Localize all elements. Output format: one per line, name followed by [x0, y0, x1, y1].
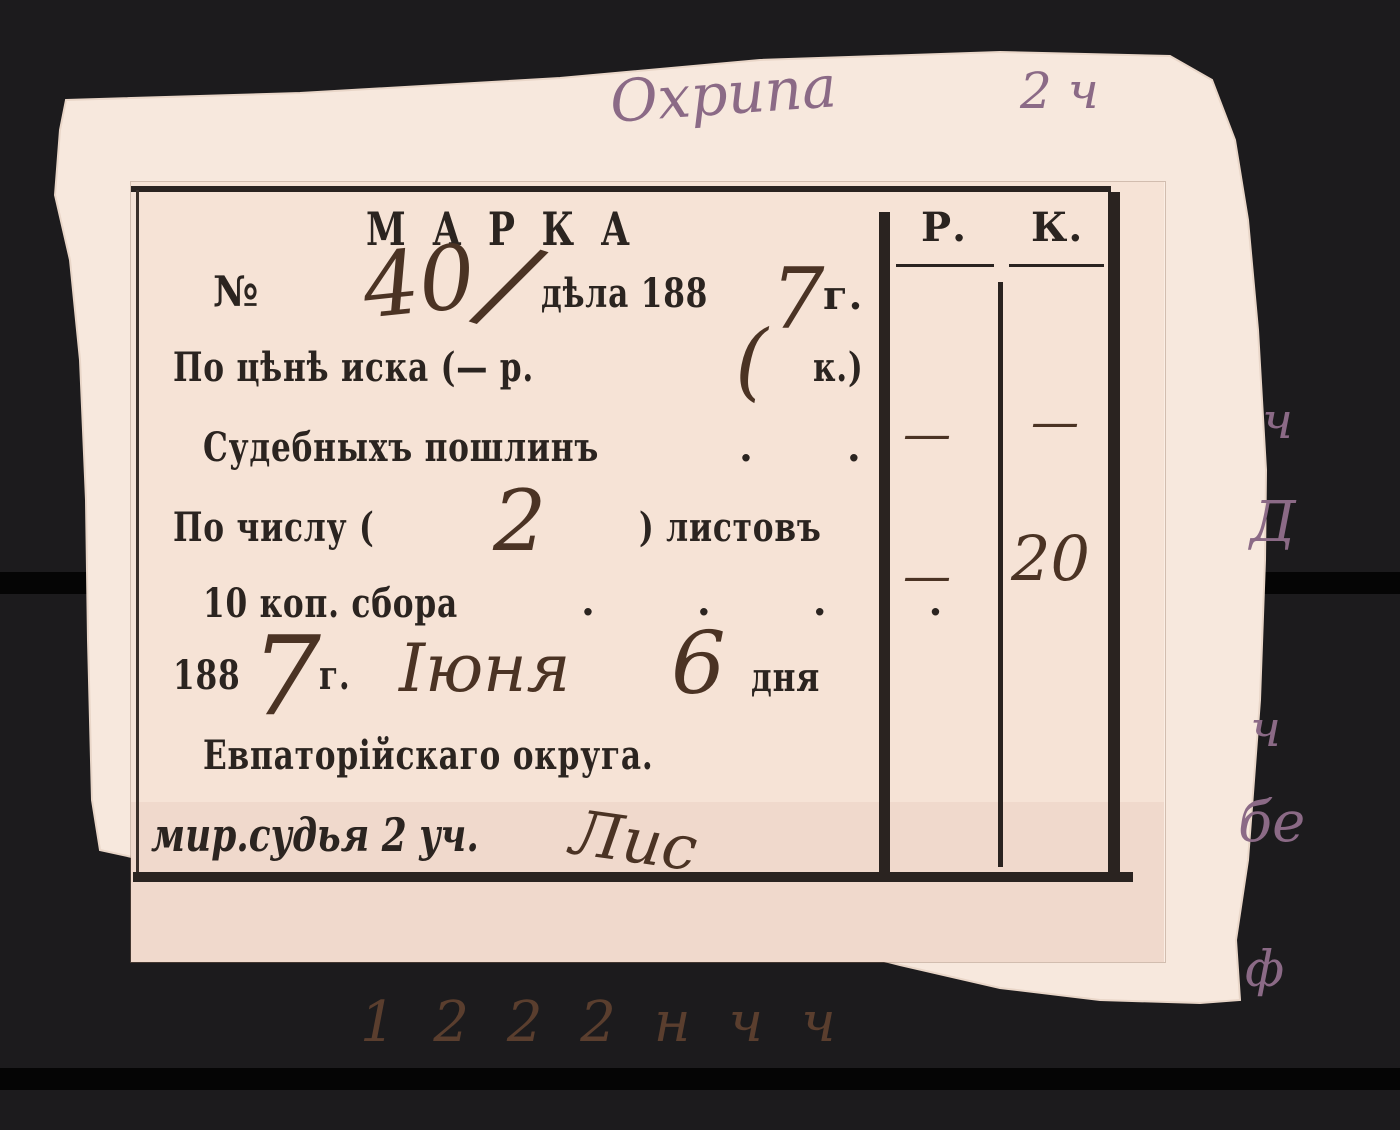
column-divider-left [879, 212, 890, 872]
bg-handwriting-right-1: ч [1262, 392, 1293, 450]
case-year-suffix: г. [823, 272, 863, 319]
bg-handwriting-bottom: 1 2 2 2 н ч ч [360, 990, 846, 1055]
handwritten-sheets-count: 2 [493, 472, 546, 570]
sheets-prefix-label: По числу ( [173, 504, 375, 551]
court-fees-dots: . . [739, 424, 901, 471]
bg-handwriting-top-right: 2 ч [1020, 62, 1099, 120]
column-header-rubles: Р. [921, 204, 967, 251]
sheets-suffix-label: ) листовъ [639, 504, 822, 551]
date-day-label: дня [751, 654, 820, 701]
bg-handwriting-right-3: ч [1250, 700, 1281, 758]
bg-handwriting-right-4: бе [1238, 790, 1305, 855]
bg-handwriting-right-5: ф [1245, 940, 1284, 998]
handwritten-rubles-dash-1: — [903, 406, 951, 462]
court-fees-label: Судебныхъ пошлинъ [203, 424, 599, 471]
claim-value-label: По цѣнѣ иска (— р. [173, 344, 534, 391]
handwritten-kopecks-value: 20 [1011, 522, 1090, 595]
case-year-label: дѣла 188 [541, 270, 759, 317]
claim-kopecks-label: к.) [813, 344, 864, 391]
header-underline-r [896, 264, 994, 267]
date-year-label: 188 [173, 652, 240, 699]
magistrate-label: мир.судья 2 уч. [151, 808, 479, 862]
handwritten-case-year-digit: 7 [771, 250, 824, 348]
fee-10k-label: 10 коп. сбора [203, 580, 458, 627]
header-underline-k [1009, 264, 1104, 267]
handwritten-kopecks-dash-1: — [1031, 394, 1079, 450]
fee-stamp: Р. К. МАРКА № дѣла 188 г. По цѣнѣ иска (… [131, 182, 1165, 962]
handwritten-case-number: 40 [358, 224, 480, 338]
handwritten-rubles-dash-2: — [903, 548, 951, 604]
column-divider-right [1108, 192, 1120, 872]
bg-handwriting-right-2: Д [1250, 490, 1296, 555]
column-header-kopecks: К. [1031, 204, 1083, 251]
frame-top-rule [131, 186, 1111, 192]
date-g-label: г. [319, 652, 351, 699]
handwritten-claim-circle: ( [735, 312, 768, 410]
frame-left-rule [136, 190, 139, 880]
handwritten-month: Iюня [399, 630, 570, 707]
handwritten-date-year-digit: 7 [251, 612, 321, 740]
number-label: № [213, 267, 260, 316]
column-divider-mid [998, 282, 1003, 867]
handwritten-day: 6 [671, 614, 726, 714]
